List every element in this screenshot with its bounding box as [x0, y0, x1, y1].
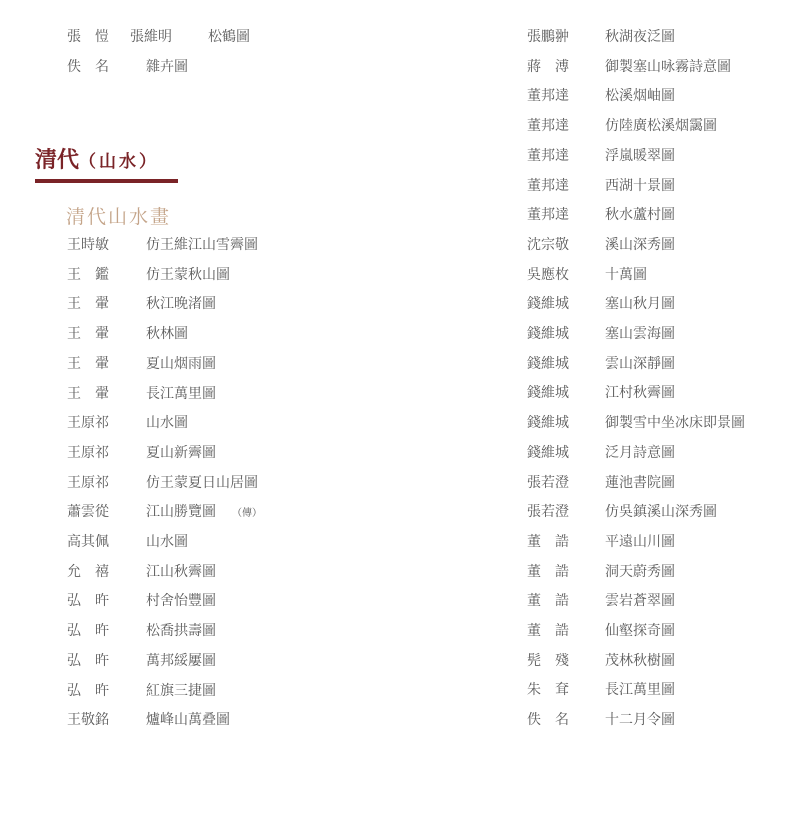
artwork-title: 仿王維江山雪霽圖 [146, 235, 258, 255]
list-item: 吳應枚十萬圖 [527, 265, 800, 285]
list-item: 王 翬長江萬里圖 [67, 384, 347, 404]
list-item: 張鵬翀秋湖夜泛圖 [527, 27, 800, 47]
artwork-title: 秋江晚渚圖 [146, 294, 216, 314]
artist-name: 張若澄 [527, 473, 569, 493]
section-heading-paren: （山水） [79, 152, 159, 172]
artwork-title: 御製塞山咏霧詩意圖 [605, 57, 731, 77]
artist-name: 弘 旿 [67, 681, 109, 701]
artwork-title: 秋湖夜泛圖 [605, 27, 675, 47]
artwork-title: 仿王蒙夏日山居圖 [146, 473, 258, 493]
artwork-title: 村舍怡豐圖 [146, 591, 216, 611]
list-item: 允 禧江山秋霽圖 [67, 562, 347, 582]
section-rule [35, 179, 178, 183]
artwork-title: 紅旗三捷圖 [146, 681, 216, 701]
list-item: 張若澄蓮池書院圖 [527, 473, 800, 493]
artwork-title: 溪山深秀圖 [605, 235, 675, 255]
list-item: 張若澄仿吳鎮溪山深秀圖 [527, 502, 800, 522]
artwork-title: 塞山秋月圖 [605, 294, 675, 314]
section-heading-text: 清代 [35, 147, 79, 173]
artwork-title: 雲山深靜圖 [605, 354, 675, 374]
list-item: 蔣 溥御製塞山咏霧詩意圖 [527, 57, 800, 77]
artist-name: 沈宗敬 [527, 235, 569, 255]
artwork-title: 仙壑探奇圖 [605, 621, 675, 641]
artwork-title: 洞天蔚秀圖 [605, 562, 675, 582]
list-item: 錢維城塞山雲海圖 [527, 324, 800, 344]
artist-name: 吳應枚 [527, 265, 569, 285]
sub-heading: 清代山水畫 [66, 205, 171, 229]
artwork-title: 夏山烟雨圖 [146, 354, 216, 374]
artist-name: 錢維城 [527, 324, 569, 344]
artist-name: 王時敏 [67, 235, 109, 255]
artist-name: 允 禧 [67, 562, 109, 582]
artist-name: 蔣 溥 [527, 57, 569, 77]
list-item: 王 翬秋江晚渚圖 [67, 294, 347, 314]
artist-name: 董邦達 [527, 116, 569, 136]
list-item: 王原祁仿王蒙夏日山居圖 [67, 473, 347, 493]
list-item: 董 誥仙壑探奇圖 [527, 621, 800, 641]
artist-name: 王敬銘 [67, 710, 109, 730]
list-item: 王 鑑仿王蒙秋山圖 [67, 265, 347, 285]
artist-name: 佚 名 [527, 710, 569, 730]
artist-name: 王原祁 [67, 473, 109, 493]
artist-name-secondary: 張維明 [130, 27, 172, 47]
artwork-title: 御製雪中坐冰床即景圖 [605, 413, 745, 433]
artwork-title: 雲岩蒼翠圖 [605, 591, 675, 611]
artwork-title: 夏山新霽圖 [146, 443, 216, 463]
list-item: 董 誥平遠山川圖 [527, 532, 800, 552]
artwork-title: 塞山雲海圖 [605, 324, 675, 344]
list-item: 錢維城塞山秋月圖 [527, 294, 800, 314]
list-item: 王時敏仿王維江山雪霽圖 [67, 235, 347, 255]
artist-name: 董邦達 [527, 86, 569, 106]
list-item: 佚 名 雜卉圖 [67, 57, 317, 77]
list-item: 髡 殘茂林秋樹圖 [527, 651, 800, 671]
artist-name: 張 愷 [67, 27, 109, 47]
artwork-title: 萬邦綏屢圖 [146, 651, 216, 671]
artwork-title: 江山秋霽圖 [146, 562, 216, 582]
list-item: 弘 旿萬邦綏屢圖 [67, 651, 347, 671]
list-item: 錢維城江村秋霽圖 [527, 383, 800, 403]
artist-name: 董 誥 [527, 591, 569, 611]
artist-name: 弘 旿 [67, 651, 109, 671]
list-item: 弘 旿村舍怡豐圖 [67, 591, 347, 611]
artwork-title: 十萬圖 [605, 265, 647, 285]
artist-name: 張若澄 [527, 502, 569, 522]
list-item: 王 翬夏山烟雨圖 [67, 354, 347, 374]
artist-name: 董邦達 [527, 146, 569, 166]
list-item: 錢維城御製雪中坐冰床即景圖 [527, 413, 800, 433]
artwork-title: 茂林秋樹圖 [605, 651, 675, 671]
artist-name: 弘 旿 [67, 591, 109, 611]
list-item: 董邦達仿陸廣松溪烟靄圖 [527, 116, 800, 136]
list-item: 董邦達松溪烟岫圖 [527, 86, 800, 106]
list-item: 董 誥雲岩蒼翠圖 [527, 591, 800, 611]
artist-name: 王 翬 [67, 324, 109, 344]
artwork-title: 江山勝覽圖 [146, 502, 216, 522]
artist-name: 錢維城 [527, 294, 569, 314]
artist-name: 董邦達 [527, 176, 569, 196]
artwork-title: 仿陸廣松溪烟靄圖 [605, 116, 717, 136]
artwork-title: 浮嵐暖翠圖 [605, 146, 675, 166]
list-item: 弘 旿紅旗三捷圖 [67, 681, 347, 701]
artwork-title: 仿王蒙秋山圖 [146, 265, 230, 285]
artwork-title: 蓮池書院圖 [605, 473, 675, 493]
artist-name: 張鵬翀 [527, 27, 569, 47]
artist-name: 王原祁 [67, 443, 109, 463]
artist-name: 佚 名 [67, 57, 109, 77]
attribution-note: （傳） [232, 508, 262, 519]
artist-name: 王 翬 [67, 354, 109, 374]
artist-name: 王 鑑 [67, 265, 109, 285]
artist-name: 蕭雲從 [67, 502, 109, 522]
list-item: 董邦達浮嵐暖翠圖 [527, 146, 800, 166]
list-item: 錢維城雲山深靜圖 [527, 354, 800, 374]
artist-name: 王 翬 [67, 294, 109, 314]
list-item: 沈宗敬溪山深秀圖 [527, 235, 800, 255]
artist-name: 董邦達 [527, 205, 569, 225]
artist-name: 錢維城 [527, 383, 569, 403]
artist-name: 錢維城 [527, 354, 569, 374]
list-item: 弘 旿松喬拱壽圖 [67, 621, 347, 641]
artwork-title: 仿吳鎮溪山深秀圖 [605, 502, 717, 522]
list-item: 王原祁山水圖 [67, 413, 347, 433]
artwork-title: 平遠山川圖 [605, 532, 675, 552]
artwork-title: 長江萬里圖 [605, 680, 675, 700]
artist-name: 錢維城 [527, 443, 569, 463]
artist-name: 朱 耷 [527, 680, 569, 700]
list-item: 錢維城泛月詩意圖 [527, 443, 800, 463]
artwork-title: 山水圖 [146, 413, 188, 433]
artist-name: 董 誥 [527, 562, 569, 582]
artwork-title: 松喬拱壽圖 [146, 621, 216, 641]
list-item: 朱 耷長江萬里圖 [527, 680, 800, 700]
artwork-title: 松鶴圖 [208, 27, 250, 47]
artist-name: 錢維城 [527, 413, 569, 433]
list-item: 蕭雲從江山勝覽圖（傳） [67, 502, 347, 522]
list-item: 張 愷 張維明 松鶴圖 [67, 27, 317, 47]
artist-name: 董 誥 [527, 621, 569, 641]
artist-name: 髡 殘 [527, 651, 569, 671]
artwork-title: 松溪烟岫圖 [605, 86, 675, 106]
artwork-title: 西湖十景圖 [605, 176, 675, 196]
artwork-title: 江村秋霽圖 [605, 383, 675, 403]
artist-name: 王 翬 [67, 384, 109, 404]
artwork-title: 泛月詩意圖 [605, 443, 675, 463]
list-item: 董邦達秋水蘆村圖 [527, 205, 800, 225]
list-item: 董 誥洞天蔚秀圖 [527, 562, 800, 582]
artist-name: 董 誥 [527, 532, 569, 552]
list-item: 董邦達西湖十景圖 [527, 176, 800, 196]
list-item: 高其佩山水圖 [67, 532, 347, 552]
list-item: 王敬銘爐峰山萬叠圖 [67, 710, 347, 730]
section-heading: 清代（山水） [35, 145, 159, 177]
list-item: 王原祁夏山新霽圖 [67, 443, 347, 463]
list-item: 王 翬秋林圖 [67, 324, 347, 344]
artwork-title: 爐峰山萬叠圖 [146, 710, 230, 730]
artist-name: 高其佩 [67, 532, 109, 552]
list-item: 佚 名十二月令圖 [527, 710, 800, 730]
artist-name: 弘 旿 [67, 621, 109, 641]
artwork-title: 秋水蘆村圖 [605, 205, 675, 225]
artist-name: 王原祁 [67, 413, 109, 433]
artwork-title: 雜卉圖 [146, 57, 188, 77]
artwork-title: 長江萬里圖 [146, 384, 216, 404]
artwork-title: 山水圖 [146, 532, 188, 552]
artwork-title: 十二月令圖 [605, 710, 675, 730]
artwork-title: 秋林圖 [146, 324, 188, 344]
